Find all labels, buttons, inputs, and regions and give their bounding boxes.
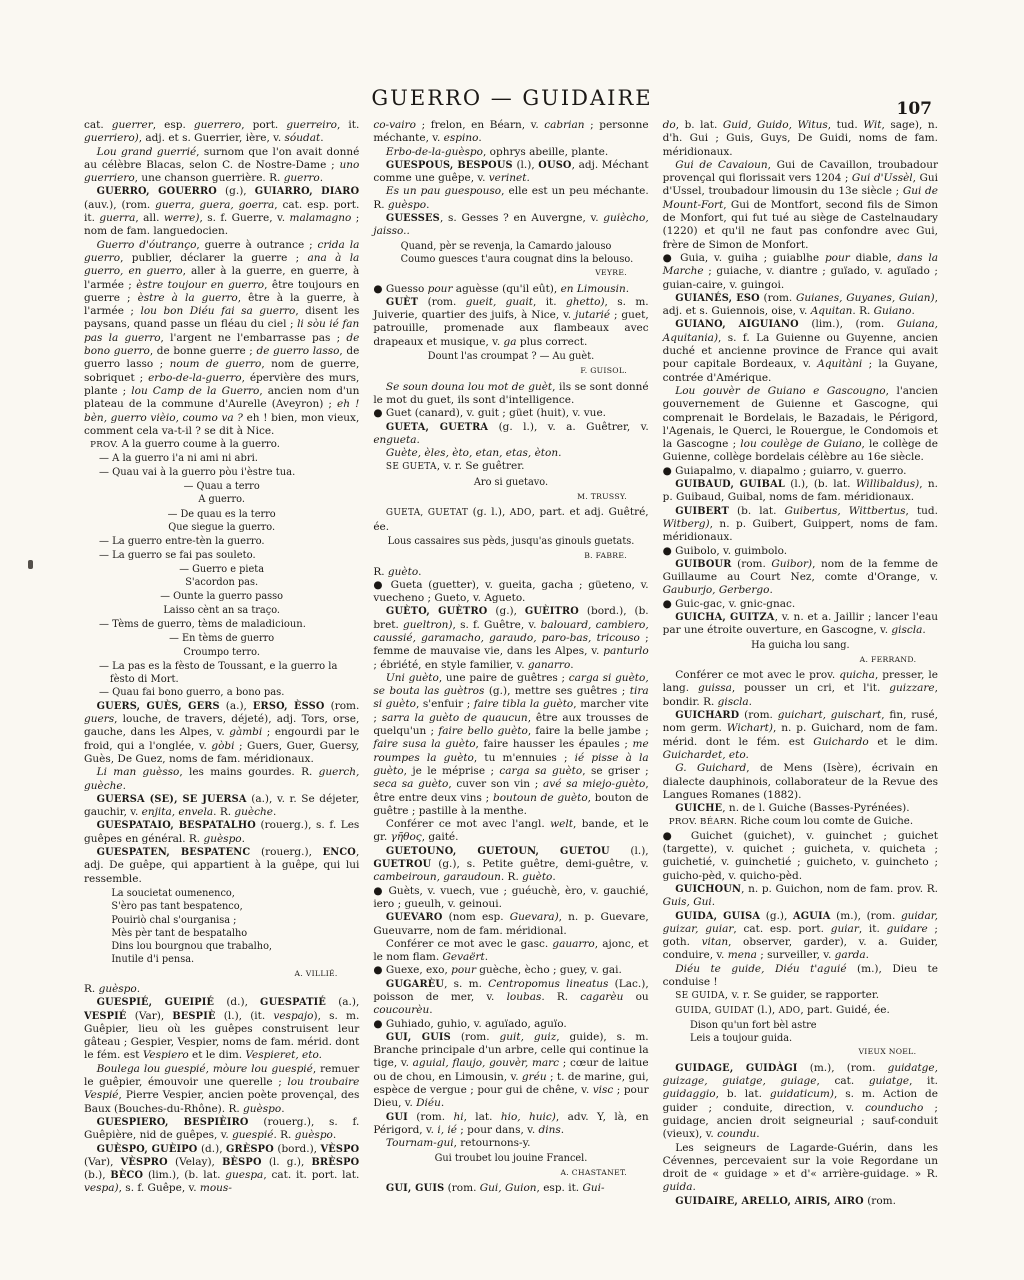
poem-block: Dison qu'un fort bèl astreLeis a toujour… <box>690 1019 938 1046</box>
entry-paragraph: GUICHE, n. de l. Guiche (Basses-Pyrénées… <box>663 802 938 815</box>
continuation-paragraph: ● Guibolo, v. guimbolo. <box>663 545 938 558</box>
entry-paragraph: GUETA, GUETAT (g. l.), ADO, part. et adj… <box>373 506 648 534</box>
verse-line: — Ounte la guerro passo <box>84 590 359 603</box>
verse-line: Dount l'as croumpat ? — Au guèt. <box>373 350 648 363</box>
continuation-paragraph: do, b. lat. Guid, Guido, Witus, tud. Wit… <box>663 119 938 159</box>
entry-paragraph: GUIDA, GUISA (g.), AGUIA (m.), (rom. gui… <box>663 910 938 963</box>
continuation-paragraph: ● Guet (canard), v. guit ; güet (huit), … <box>373 407 648 420</box>
column-1: cat. guerrer, esp. guerrero, port. guerr… <box>84 119 359 1208</box>
verse-block: Aro si guetavo. <box>373 476 648 489</box>
continuation-paragraph: ● Guic-gac, v. gnic-gnac. <box>663 598 938 611</box>
entry-paragraph: GUÈTO, GUÈTRO (g.), GUÈITRO (bord.), (b.… <box>373 605 648 671</box>
entry-paragraph: Diéu te guide, Diéu t'aguié (m.), Dieu t… <box>663 963 938 990</box>
author-attribution: A. FERRAND. <box>663 653 938 667</box>
entry-paragraph: GUI, GUIS (rom. guit, guiz, guide), s. m… <box>373 1031 648 1111</box>
verse-line: Dison qu'un fort bèl astre <box>690 1019 938 1032</box>
entry-paragraph: GUESPIÉ, GUEIPIÉ (d.), GUESPATIÉ (a.), V… <box>84 996 359 1062</box>
verse-line: Pouiriò chal s'ourganisa ; <box>111 914 359 927</box>
verse-block: — En tèms de guerroCroumpo terro. <box>84 632 359 659</box>
verse-line: — De quau es la terro <box>84 508 359 521</box>
verse-line: — En tèms de guerro <box>84 632 359 645</box>
entry-paragraph: GUI (rom. hi, lat. hio, huic), adv. Y, l… <box>373 1111 648 1138</box>
continuation-paragraph: co-vairo ; frelon, en Béarn, v. cabrian … <box>373 119 648 146</box>
entry-paragraph: GUICHA, GUITZA, v. n. et a. Jaillir ; la… <box>663 611 938 638</box>
verse-line: — Guerro e pieta <box>84 563 359 576</box>
entry-paragraph: SE GUIDA, v. r. Se guider, se rapporter. <box>663 989 938 1003</box>
verse-line: Coumo guesces t'aura cougnat dins la bel… <box>401 253 649 266</box>
verse-line: Lous cassaires sus pèds, jusqu'as ginoul… <box>373 535 648 548</box>
entry-paragraph: GUESPATAIO, BESPATALHO (rouerg.), s. f. … <box>84 819 359 846</box>
entry-paragraph: Es un pau guespouso, elle est un peu méc… <box>373 185 648 212</box>
entry-paragraph: GUERS, GUÈS, GERS (a.), ERSO, ÈSSO (rom.… <box>84 700 359 766</box>
entry-paragraph: GUESPOUS, BESPOUS (l.), OUSO, adj. Mécha… <box>373 159 648 186</box>
page-number: 107 <box>897 99 933 119</box>
author-attribution: M. TRUSSY. <box>373 490 648 504</box>
entry-paragraph: GUIDA, GUIDAT (l.), ADO, part. Guidé, ée… <box>663 1004 938 1018</box>
entry-paragraph: Lou gouvèr de Guiano e Gascougno, l'anci… <box>663 385 938 465</box>
entry-paragraph: GUESSES, s. Gesses ? en Auvergne, v. gui… <box>373 212 648 239</box>
entry-paragraph: GUIBAUD, GUIBAL (l.), (b. lat. Willibald… <box>663 478 938 505</box>
entry-paragraph: Conférer ce mot avec le gasc. gauarro, a… <box>373 938 648 965</box>
proverb-line: — La pas es la fèsto de Toussant, e la g… <box>99 660 359 687</box>
verse-block: Lous cassaires sus pèds, jusqu'as ginoul… <box>373 535 648 548</box>
continuation-paragraph: ● Guexe, exo, pour guèche, ècho ; guey, … <box>373 964 648 977</box>
entry-paragraph: G. Guichard, de Mens (Isère), écrivain e… <box>663 762 938 802</box>
ink-speck <box>28 560 33 569</box>
entry-paragraph: GUETOUNO, GUETOUN, GUETOU (l.), GUETROU … <box>373 845 648 885</box>
proverb-line: — Quau fai bono guerro, a bono pas. <box>99 686 359 699</box>
entry-paragraph: Tournam-gui, retournons-y. <box>373 1137 648 1150</box>
page-title: GUERRO — GUIDAIRE <box>0 86 1024 110</box>
column-2: co-vairo ; frelon, en Béarn, v. cabrian … <box>373 119 648 1208</box>
continuation-paragraph: ● Guia, v. guiha ; guiablhe pour diable,… <box>663 252 938 292</box>
proverb-line: — La guerro se fai pas souleto. <box>99 549 359 562</box>
proverb-line: — Quau vai à la guerro pòu i'èstre tua. <box>99 466 359 479</box>
entry-paragraph: Guerro d'óutranço, guerre à outrance ; c… <box>84 239 359 438</box>
verse-block: Gui troubet lou jouine Francel. <box>373 1152 648 1165</box>
author-attribution: VIEUX NOEL. <box>663 1045 938 1059</box>
entry-paragraph: GUEVARO (nom esp. Guevara), n. p. Guevar… <box>373 911 648 938</box>
entry-paragraph: Boulega lou guespié, mòure lou guespié, … <box>84 1063 359 1116</box>
verse-block: — Guerro e pietaS'acordon pas. <box>84 563 359 590</box>
verse-line: Aro si guetavo. <box>373 476 648 489</box>
entry-paragraph: GUERSA (SE), SE JUERSA (a.), v. r. Se dé… <box>84 793 359 820</box>
proverb-heading: PROV. A la guerro coume à la guerro. <box>90 438 359 452</box>
author-attribution: VEYRE. <box>373 266 648 280</box>
verse-line: Gui troubet lou jouine Francel. <box>373 1152 648 1165</box>
verse-line: S'èro pas tant bespatenco, <box>111 900 359 913</box>
entry-paragraph: Les seigneurs de Lagarde-Guérin, dans le… <box>663 1142 938 1195</box>
entry-paragraph: GUGARÈU, s. m. Centropomus lineatus (Lac… <box>373 978 648 1018</box>
entry-paragraph: GUÈSPO, GUÈIPO (d.), GRÈSPO (bord.), VÈS… <box>84 1143 359 1196</box>
entry-paragraph: GUICHARD (rom. guichart, guischart, fin,… <box>663 709 938 762</box>
continuation-paragraph: R. guèspo. <box>84 983 359 996</box>
verse-line: Quand, pèr se revenja, la Camardo jalous… <box>401 240 649 253</box>
proverb-line: — Tèms de guerro, tèms de maladicioun. <box>99 618 359 631</box>
entry-paragraph: GUETA, GUETRA (g. l.), v. a. Guêtrer, v.… <box>373 421 648 448</box>
entry-paragraph: Uni guèto, une paire de guêtres ; carga … <box>373 672 648 818</box>
verse-line: Inutile d'i pensa. <box>111 953 359 966</box>
entry-paragraph: GUESPIERO, BESPIÈIRO (rouerg.), s. f. Gu… <box>84 1116 359 1143</box>
column-3: do, b. lat. Guid, Guido, Witus, tud. Wit… <box>663 119 938 1208</box>
entry-paragraph: GUICHOUN, n. p. Guichon, nom de fam. pro… <box>663 883 938 910</box>
continuation-paragraph: cat. guerrer, esp. guerrero, port. guerr… <box>84 119 359 146</box>
entry-paragraph: Lou grand guerrié, surnom que l'on avait… <box>84 146 359 186</box>
entry-paragraph: SE GUETA, v. r. Se guêtrer. <box>373 460 648 474</box>
entry-paragraph: GUIBOUR (rom. Guibor), nom de la femme d… <box>663 558 938 598</box>
verse-line: Leis a toujour guida. <box>690 1032 938 1045</box>
poem-block: Quand, pèr se revenja, la Camardo jalous… <box>401 240 649 267</box>
entry-paragraph: Conférer ce mot avec l'angl. welt, bande… <box>373 818 648 845</box>
verse-line: A guerro. <box>84 493 359 506</box>
verse-line: La soucietat oumenenco, <box>111 887 359 900</box>
entry-paragraph: GUIBERT (b. lat. Guibertus, Wittbertus, … <box>663 505 938 545</box>
verse-line: Mès pèr tant de bespatalho <box>111 927 359 940</box>
entry-paragraph: GUIANO, AIGUIANO (lim.), (rom. Guiana, A… <box>663 318 938 384</box>
author-attribution: A. CHASTANET. <box>373 1166 648 1180</box>
scanned-dictionary-page: GUERRO — GUIDAIRE 107 cat. guerrer, esp.… <box>0 0 1024 1280</box>
author-attribution: F. GUISOL. <box>373 364 648 378</box>
entry-paragraph: Conférer ce mot avec le prov. quicha, pr… <box>663 669 938 709</box>
entry-paragraph: GUIDAIRE, ARELLO, AIRIS, AIRO (rom. <box>663 1195 938 1208</box>
verse-line: Ha guicha lou sang. <box>663 639 938 652</box>
entry-paragraph: GUÈT (rom. gueit, guait, it. ghetto), s.… <box>373 296 648 349</box>
entry-paragraph: GUI, GUIS (rom. Gui, Guion, esp. it. Gui… <box>373 1182 648 1195</box>
entry-paragraph: Guète, èles, èto, etan, etas, èton. <box>373 447 648 460</box>
author-attribution: B. FABRE. <box>373 549 648 563</box>
verse-line: Laisso cènt an sa traço. <box>84 604 359 617</box>
verse-line: Croumpo terro. <box>84 646 359 659</box>
verse-line: — Quau a terro <box>84 480 359 493</box>
entry-paragraph: Li man guèsso, les mains gourdes. R. gue… <box>84 766 359 793</box>
entry-paragraph: GUIANÉS, ESO (rom. Guianes, Guyanes, Gui… <box>663 292 938 319</box>
verse-line: Dins lou bourgnou que trabalho, <box>111 940 359 953</box>
proverb-heading: PROV. BÉARN. Riche coum lou comte de Gui… <box>669 815 938 829</box>
verse-line: Que siegue la guerro. <box>84 521 359 534</box>
continuation-paragraph: ● Guèts, v. vuech, vue ; guéuchè, èro, v… <box>373 885 648 912</box>
author-attribution: A. VILLIÉ. <box>84 967 359 981</box>
continuation-paragraph: ● Guiapalmo, v. diapalmo ; guiarro, v. g… <box>663 465 938 478</box>
entry-paragraph: Erbo-de-la-guèspo, ophrys abeille, plant… <box>373 146 648 159</box>
entry-paragraph: Gui de Cavaioun, Gui de Cavaillon, troub… <box>663 159 938 252</box>
poem-block: La soucietat oumenenco,S'èro pas tant be… <box>111 887 359 967</box>
verse-line: S'acordon pas. <box>84 576 359 589</box>
continuation-paragraph: ● Guichet (guichet), v. guinchet ; guich… <box>663 830 938 883</box>
entry-paragraph: Se soun douna lou mot de guèt, ils se so… <box>373 381 648 408</box>
verse-block: Ha guicha lou sang. <box>663 639 938 652</box>
continuation-paragraph: ● Guesso pour aguèsse (qu'il eût), en Li… <box>373 283 648 296</box>
entry-paragraph: GUIDAGE, GUIDÀGI (m.), (rom. guidatge, g… <box>663 1062 938 1142</box>
verse-block: — De quau es la terroQue siegue la guerr… <box>84 508 359 535</box>
entry-paragraph: GUERRO, GOUERRO (g.), GUIARRO, DIARO (au… <box>84 185 359 238</box>
continuation-paragraph: R. guèto. <box>373 566 648 579</box>
verse-block: — Quau a terroA guerro. <box>84 480 359 507</box>
proverb-line: — A la guerro i'a ni ami ni abri. <box>99 452 359 465</box>
proverb-line: — La guerro entre-tèn la guerro. <box>99 535 359 548</box>
verse-block: Dount l'as croumpat ? — Au guèt. <box>373 350 648 363</box>
continuation-paragraph: ● Gueta (guetter), v. gueita, gacha ; gü… <box>373 579 648 606</box>
entry-paragraph: GUESPATEN, BESPATENC (rouerg.), ENCO, ad… <box>84 846 359 886</box>
text-columns: cat. guerrer, esp. guerrero, port. guerr… <box>84 119 938 1208</box>
verse-block: — Ounte la guerro passoLaisso cènt an sa… <box>84 590 359 617</box>
continuation-paragraph: ● Guhiado, guhio, v. aguïado, aguïo. <box>373 1018 648 1031</box>
